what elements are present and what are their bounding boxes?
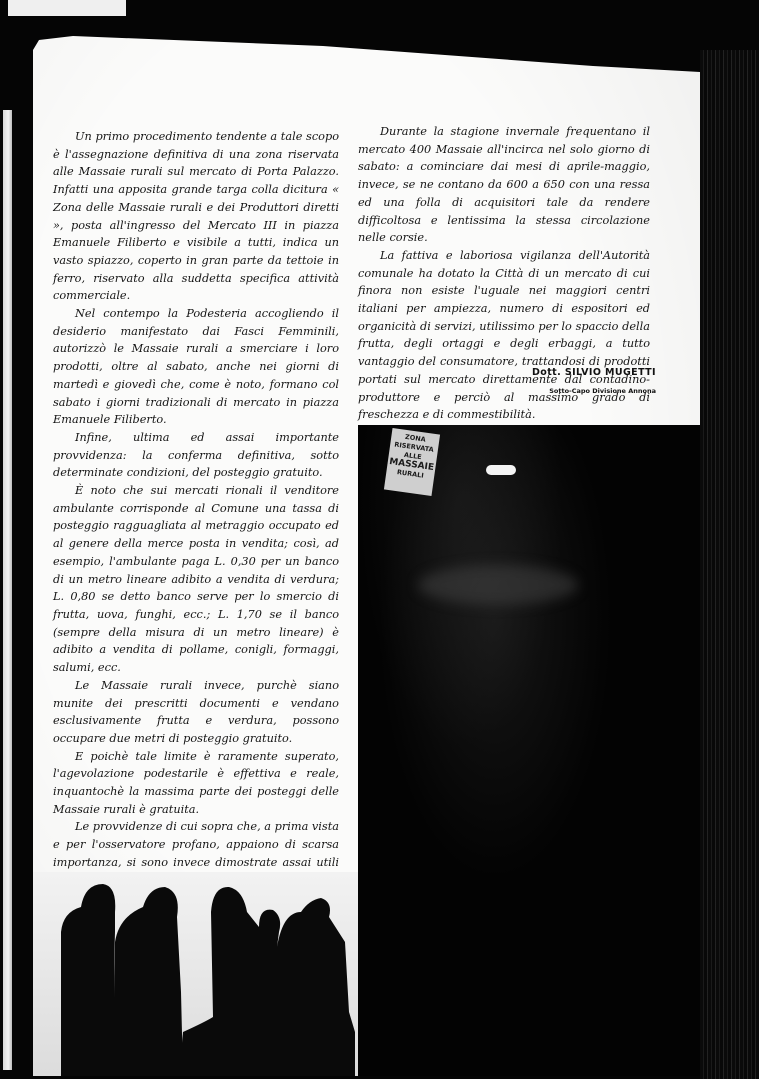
author-title: Sotto-Capo Divisione Annona [549,387,656,395]
crowd-shapes [418,565,578,605]
silhouette-photo [33,872,358,1076]
right-text-column: Durante la stagione invernale frequentan… [358,123,650,424]
scan-edge-streaks [700,50,759,1079]
people-silhouettes-icon [33,872,358,1076]
paragraph: La fattiva e laboriosa vigilanza dell'Au… [358,247,650,424]
paragraph: Un primo procedimento tendente a tale sc… [53,128,339,305]
market-photo: ZONA RISERVATA ALLE MASSAIE RURALI [358,425,700,1076]
paragraph: Nel contempo la Podesteria accogliendo i… [53,305,339,429]
paper-tab-fragment [8,0,126,16]
light-glare [486,465,516,475]
magazine-page: Un primo procedimento tendente a tale sc… [33,36,700,1076]
paragraph: È noto che sui mercati rionali il vendit… [53,482,339,677]
paragraph: Durante la stagione invernale frequentan… [358,123,650,247]
adjacent-page-edge [3,110,12,1070]
market-sign: ZONA RISERVATA ALLE MASSAIE RURALI [384,428,440,496]
paragraph: Le Massaie rurali invece, purchè siano m… [53,677,339,748]
author-name: Dott. SILVIO MUGETTI [532,367,656,378]
paragraph: E poichè tale limite è raramente superat… [53,748,339,819]
paragraph: Infine, ultima ed assai importante provv… [53,429,339,482]
